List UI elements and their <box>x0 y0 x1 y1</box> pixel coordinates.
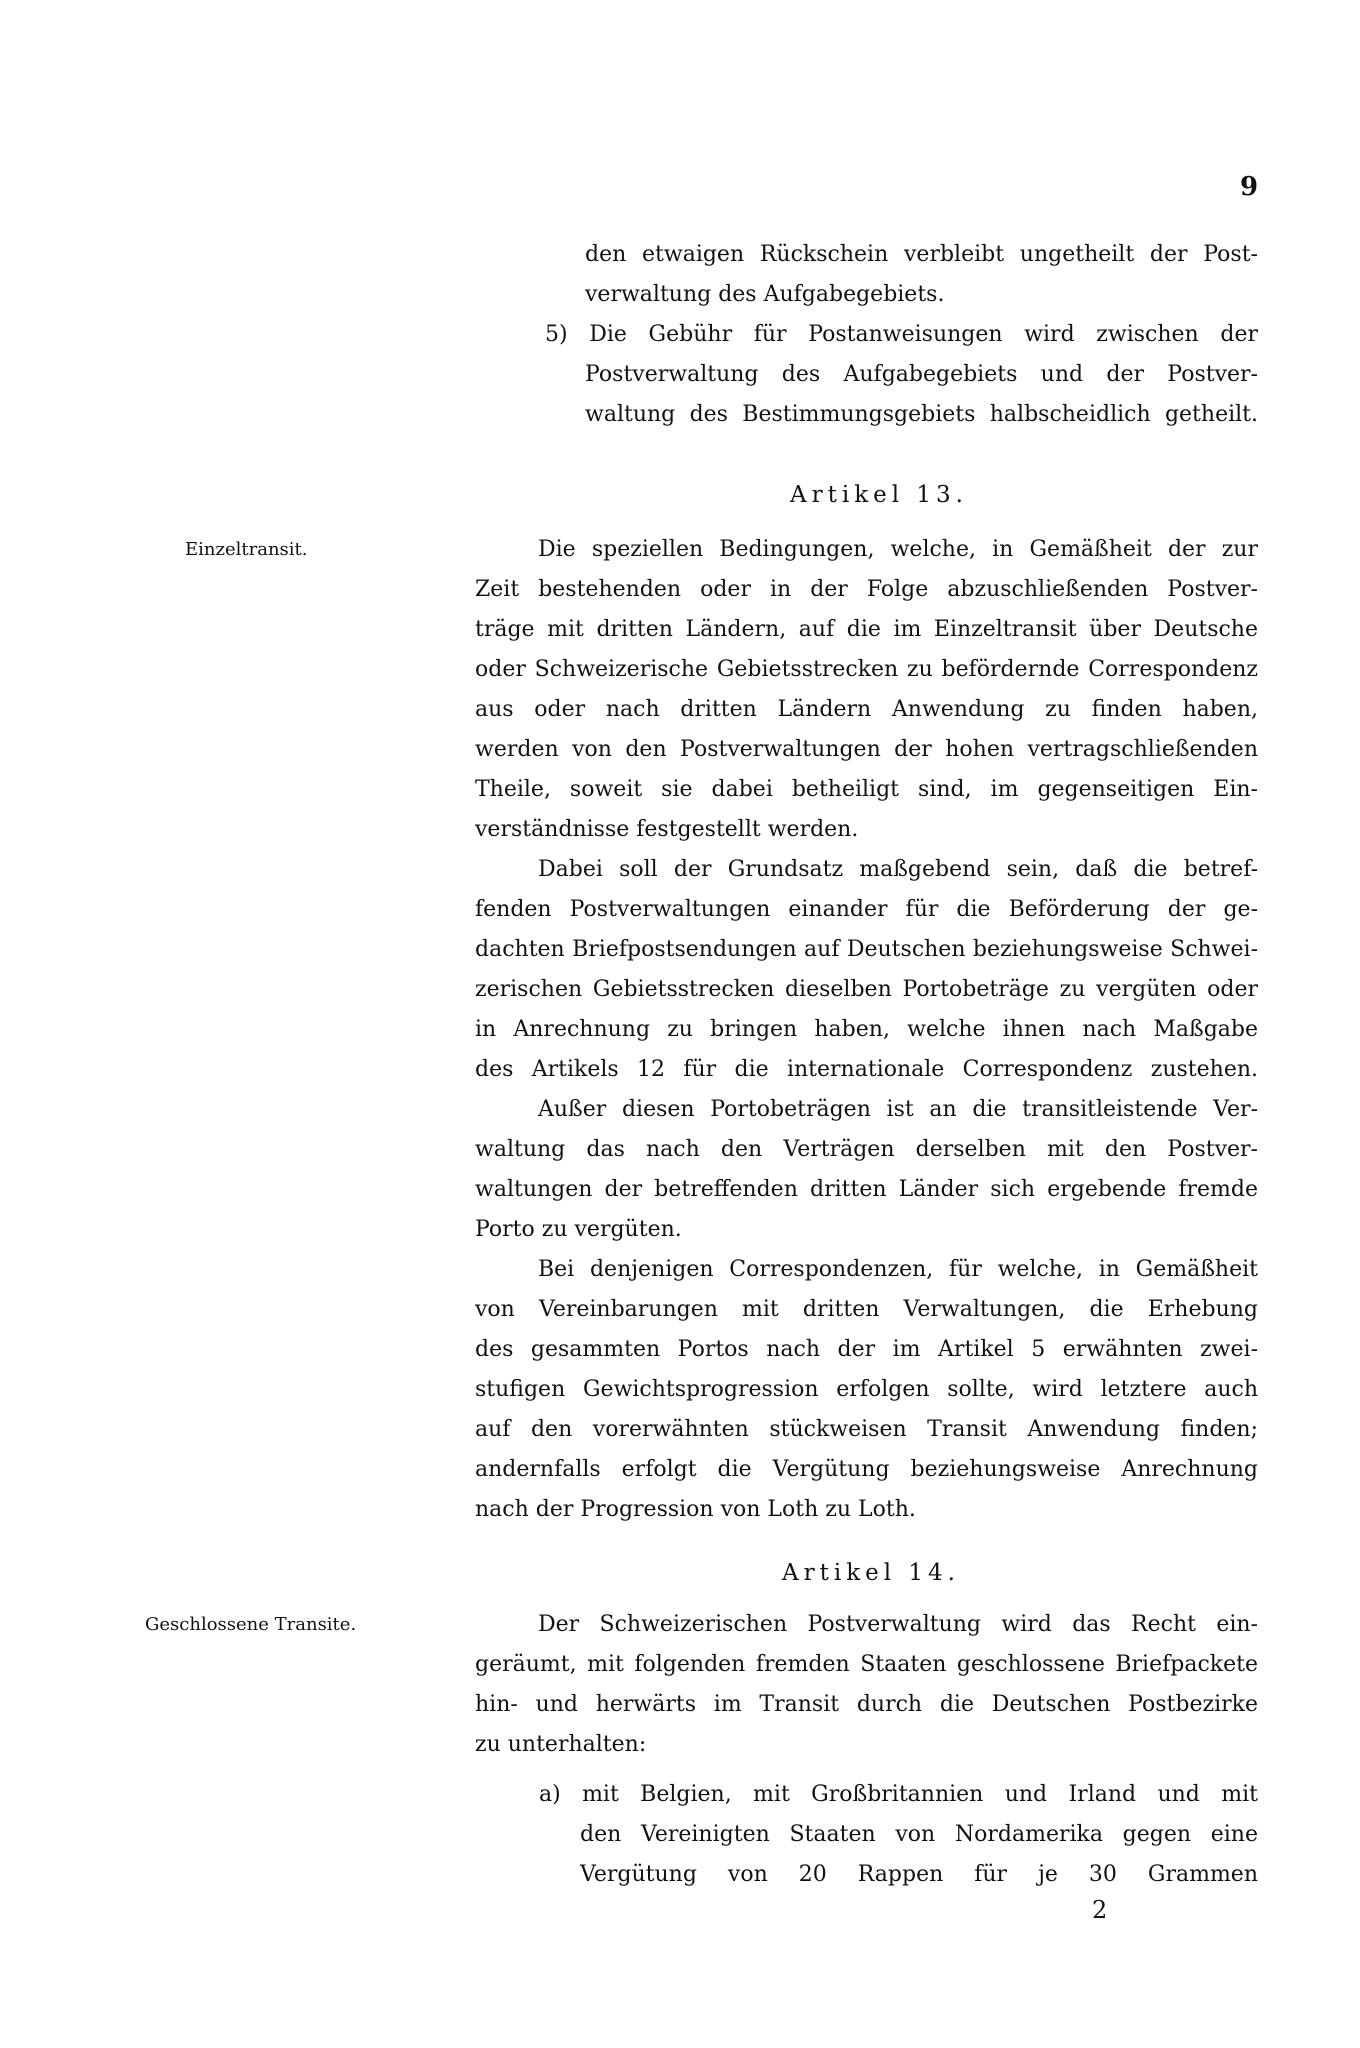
text-line: Postverwaltung des Aufgabegebiets und de… <box>585 355 1258 395</box>
text-line: auf den vorerwähnten stückweisen Transit… <box>475 1410 1258 1450</box>
text-line: oder Schweizerische Gebietsstrecken zu b… <box>475 650 1258 690</box>
article-13-heading: Artikel 13. <box>790 475 968 515</box>
text-line: andernfalls erfolgt die Vergütung bezieh… <box>475 1450 1258 1490</box>
text-line: Zeit bestehenden oder in der Folge abzus… <box>475 570 1258 610</box>
text-line: Dabei soll der Grundsatz maßgebend sein,… <box>538 850 1258 890</box>
text-line: waltung das nach den Verträgen derselben… <box>475 1130 1258 1170</box>
text-line: Außer diesen Portobeträgen ist an die tr… <box>538 1090 1258 1130</box>
text-line: des gesammten Portos nach der im Artikel… <box>475 1330 1258 1370</box>
text-line: Vergütung von 20 Rappen für je 30 Gramme… <box>580 1855 1258 1895</box>
list-item-a: a) mit Belgien, mit Großbritannien und I… <box>539 1775 1258 1815</box>
text-line: aus oder nach dritten Ländern Anwendung … <box>475 690 1258 730</box>
text-line: waltung des Bestimmungsgebiets halbschei… <box>585 395 1258 435</box>
text-line: dachten Briefpostsendungen auf Deutschen… <box>475 930 1258 970</box>
page-number: 9 <box>1240 172 1258 202</box>
text-line: geräumt, mit folgenden fremden Staaten g… <box>475 1645 1258 1685</box>
document-page: 9 den etwaigen Rückschein verbleibt unge… <box>0 0 1360 2048</box>
text-line: fenden Postverwaltungen einander für die… <box>475 890 1258 930</box>
text-line: in Anrechnung zu bringen haben, welche i… <box>475 1010 1258 1050</box>
text-line: waltungen der betreffenden dritten Lände… <box>475 1170 1258 1210</box>
text-line: Theile, soweit sie dabei betheiligt sind… <box>475 770 1258 810</box>
list-item-5: 5) Die Gebühr für Postanweisungen wird z… <box>545 315 1258 355</box>
text-line: werden von den Postverwaltungen der hohe… <box>475 730 1258 770</box>
text-line: von Vereinbarungen mit dritten Verwaltun… <box>475 1290 1258 1330</box>
text-line: des Artikels 12 für die internationale C… <box>475 1050 1258 1090</box>
text-line: den Vereinigten Staaten von Nordamerika … <box>580 1815 1258 1855</box>
text-line: verwaltung des Aufgabegebiets. <box>585 275 1258 315</box>
text-line: verständnisse festgestellt werden. <box>475 810 1258 850</box>
margin-note-einzeltransit: Einzeltransit. <box>185 530 308 570</box>
text-line: Die speziellen Bedingungen, welche, in G… <box>538 530 1258 570</box>
margin-note-geschlossene-transite: Geschlossene Transite. <box>145 1605 356 1645</box>
text-line: nach der Progression von Loth zu Loth. <box>475 1490 1258 1530</box>
text-line: Porto zu vergüten. <box>475 1210 1258 1250</box>
text-line: Bei denjenigen Correspondenzen, für welc… <box>538 1250 1258 1290</box>
text-line: träge mit dritten Ländern, auf die im Ei… <box>475 610 1258 650</box>
text-line: zu unterhalten: <box>475 1725 1258 1765</box>
text-line: zerischen Gebietsstrecken dieselben Port… <box>475 970 1258 1010</box>
text-line: den etwaigen Rückschein verbleibt ungeth… <box>585 235 1258 275</box>
text-line: stufigen Gewichtsprogression erfolgen so… <box>475 1370 1258 1410</box>
signature-mark: 2 <box>1092 1896 1107 1924</box>
text-line: hin- und herwärts im Transit durch die D… <box>475 1685 1258 1725</box>
article-14-heading: Artikel 14. <box>782 1553 960 1593</box>
text-line: Der Schweizerischen Postverwaltung wird … <box>538 1605 1258 1645</box>
